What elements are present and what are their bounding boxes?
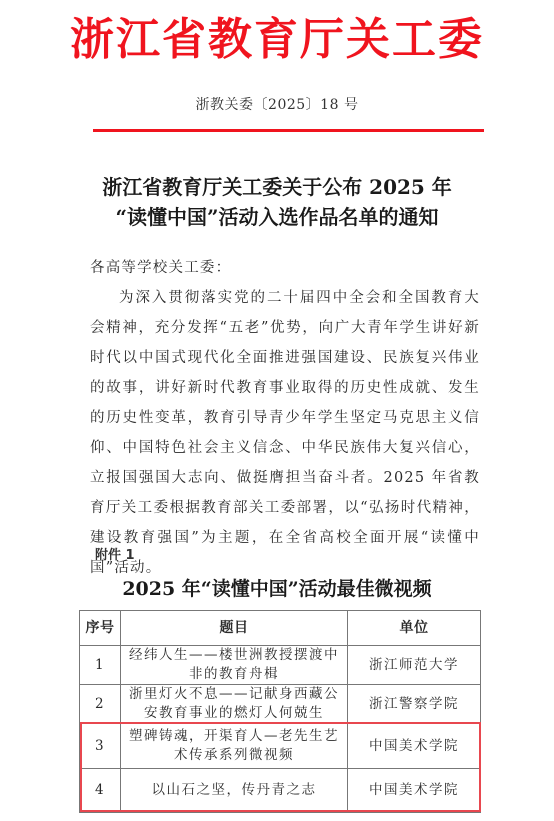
attachment-label: 附件 1 (95, 544, 135, 563)
red-divider-rule (93, 129, 484, 132)
table-row: 2 浙里灯火不息——记献身西藏公安教育事业的燃灯人何兢生 浙江警察学院 (80, 685, 481, 724)
row-unit: 浙江警察学院 (348, 685, 481, 724)
masthead-title: 浙江省教育厅关工委 (0, 14, 554, 66)
notice-title: 浙江省教育厅关工委关于公布 2025 年 “读懂中国”活动入选作品名单的通知 (0, 172, 554, 232)
header-no: 序号 (80, 611, 121, 646)
notice-title-line1: 浙江省教育厅关工委关于公布 2025 年 (0, 172, 554, 202)
header-title: 题目 (121, 611, 348, 646)
body-paragraph: 为深入贯彻落实党的二十届四中全会和全国教育大会精神，充分发挥“五老”优势，向广大… (90, 283, 480, 583)
winners-table: 序号 题目 单位 1 经纬人生——楼世洲教授摆渡中非的教育舟楫 浙江师范大学 2… (79, 610, 481, 813)
salutation: 各高等学校关工委： (90, 253, 480, 283)
row-no: 1 (80, 646, 121, 685)
attachment-title: 2025 年“读懂中国”活动最佳微视频 (0, 574, 554, 601)
notice-title-line2: “读懂中国”活动入选作品名单的通知 (0, 202, 554, 232)
row-no: 4 (80, 769, 121, 813)
row-title: 塑碑铸魂，开渠育人—老先生艺术传承系列微视频 (121, 724, 348, 769)
row-title: 浙里灯火不息——记献身西藏公安教育事业的燃灯人何兢生 (121, 685, 348, 724)
row-no: 2 (80, 685, 121, 724)
table-row: 4 以山石之坚，传丹青之志 中国美术学院 (80, 769, 481, 813)
row-unit: 中国美术学院 (348, 769, 481, 813)
table-row: 3 塑碑铸魂，开渠育人—老先生艺术传承系列微视频 中国美术学院 (80, 724, 481, 769)
header-unit: 单位 (348, 611, 481, 646)
table-row: 1 经纬人生——楼世洲教授摆渡中非的教育舟楫 浙江师范大学 (80, 646, 481, 685)
row-unit: 浙江师范大学 (348, 646, 481, 685)
row-unit: 中国美术学院 (348, 724, 481, 769)
table-header-row: 序号 题目 单位 (80, 611, 481, 646)
row-no: 3 (80, 724, 121, 769)
document-number: 浙教关委〔2025〕18 号 (0, 94, 554, 114)
row-title: 经纬人生——楼世洲教授摆渡中非的教育舟楫 (121, 646, 348, 685)
row-title: 以山石之坚，传丹青之志 (121, 769, 348, 813)
notice-body: 各高等学校关工委： 为深入贯彻落实党的二十届四中全会和全国教育大会精神，充分发挥… (90, 253, 480, 583)
